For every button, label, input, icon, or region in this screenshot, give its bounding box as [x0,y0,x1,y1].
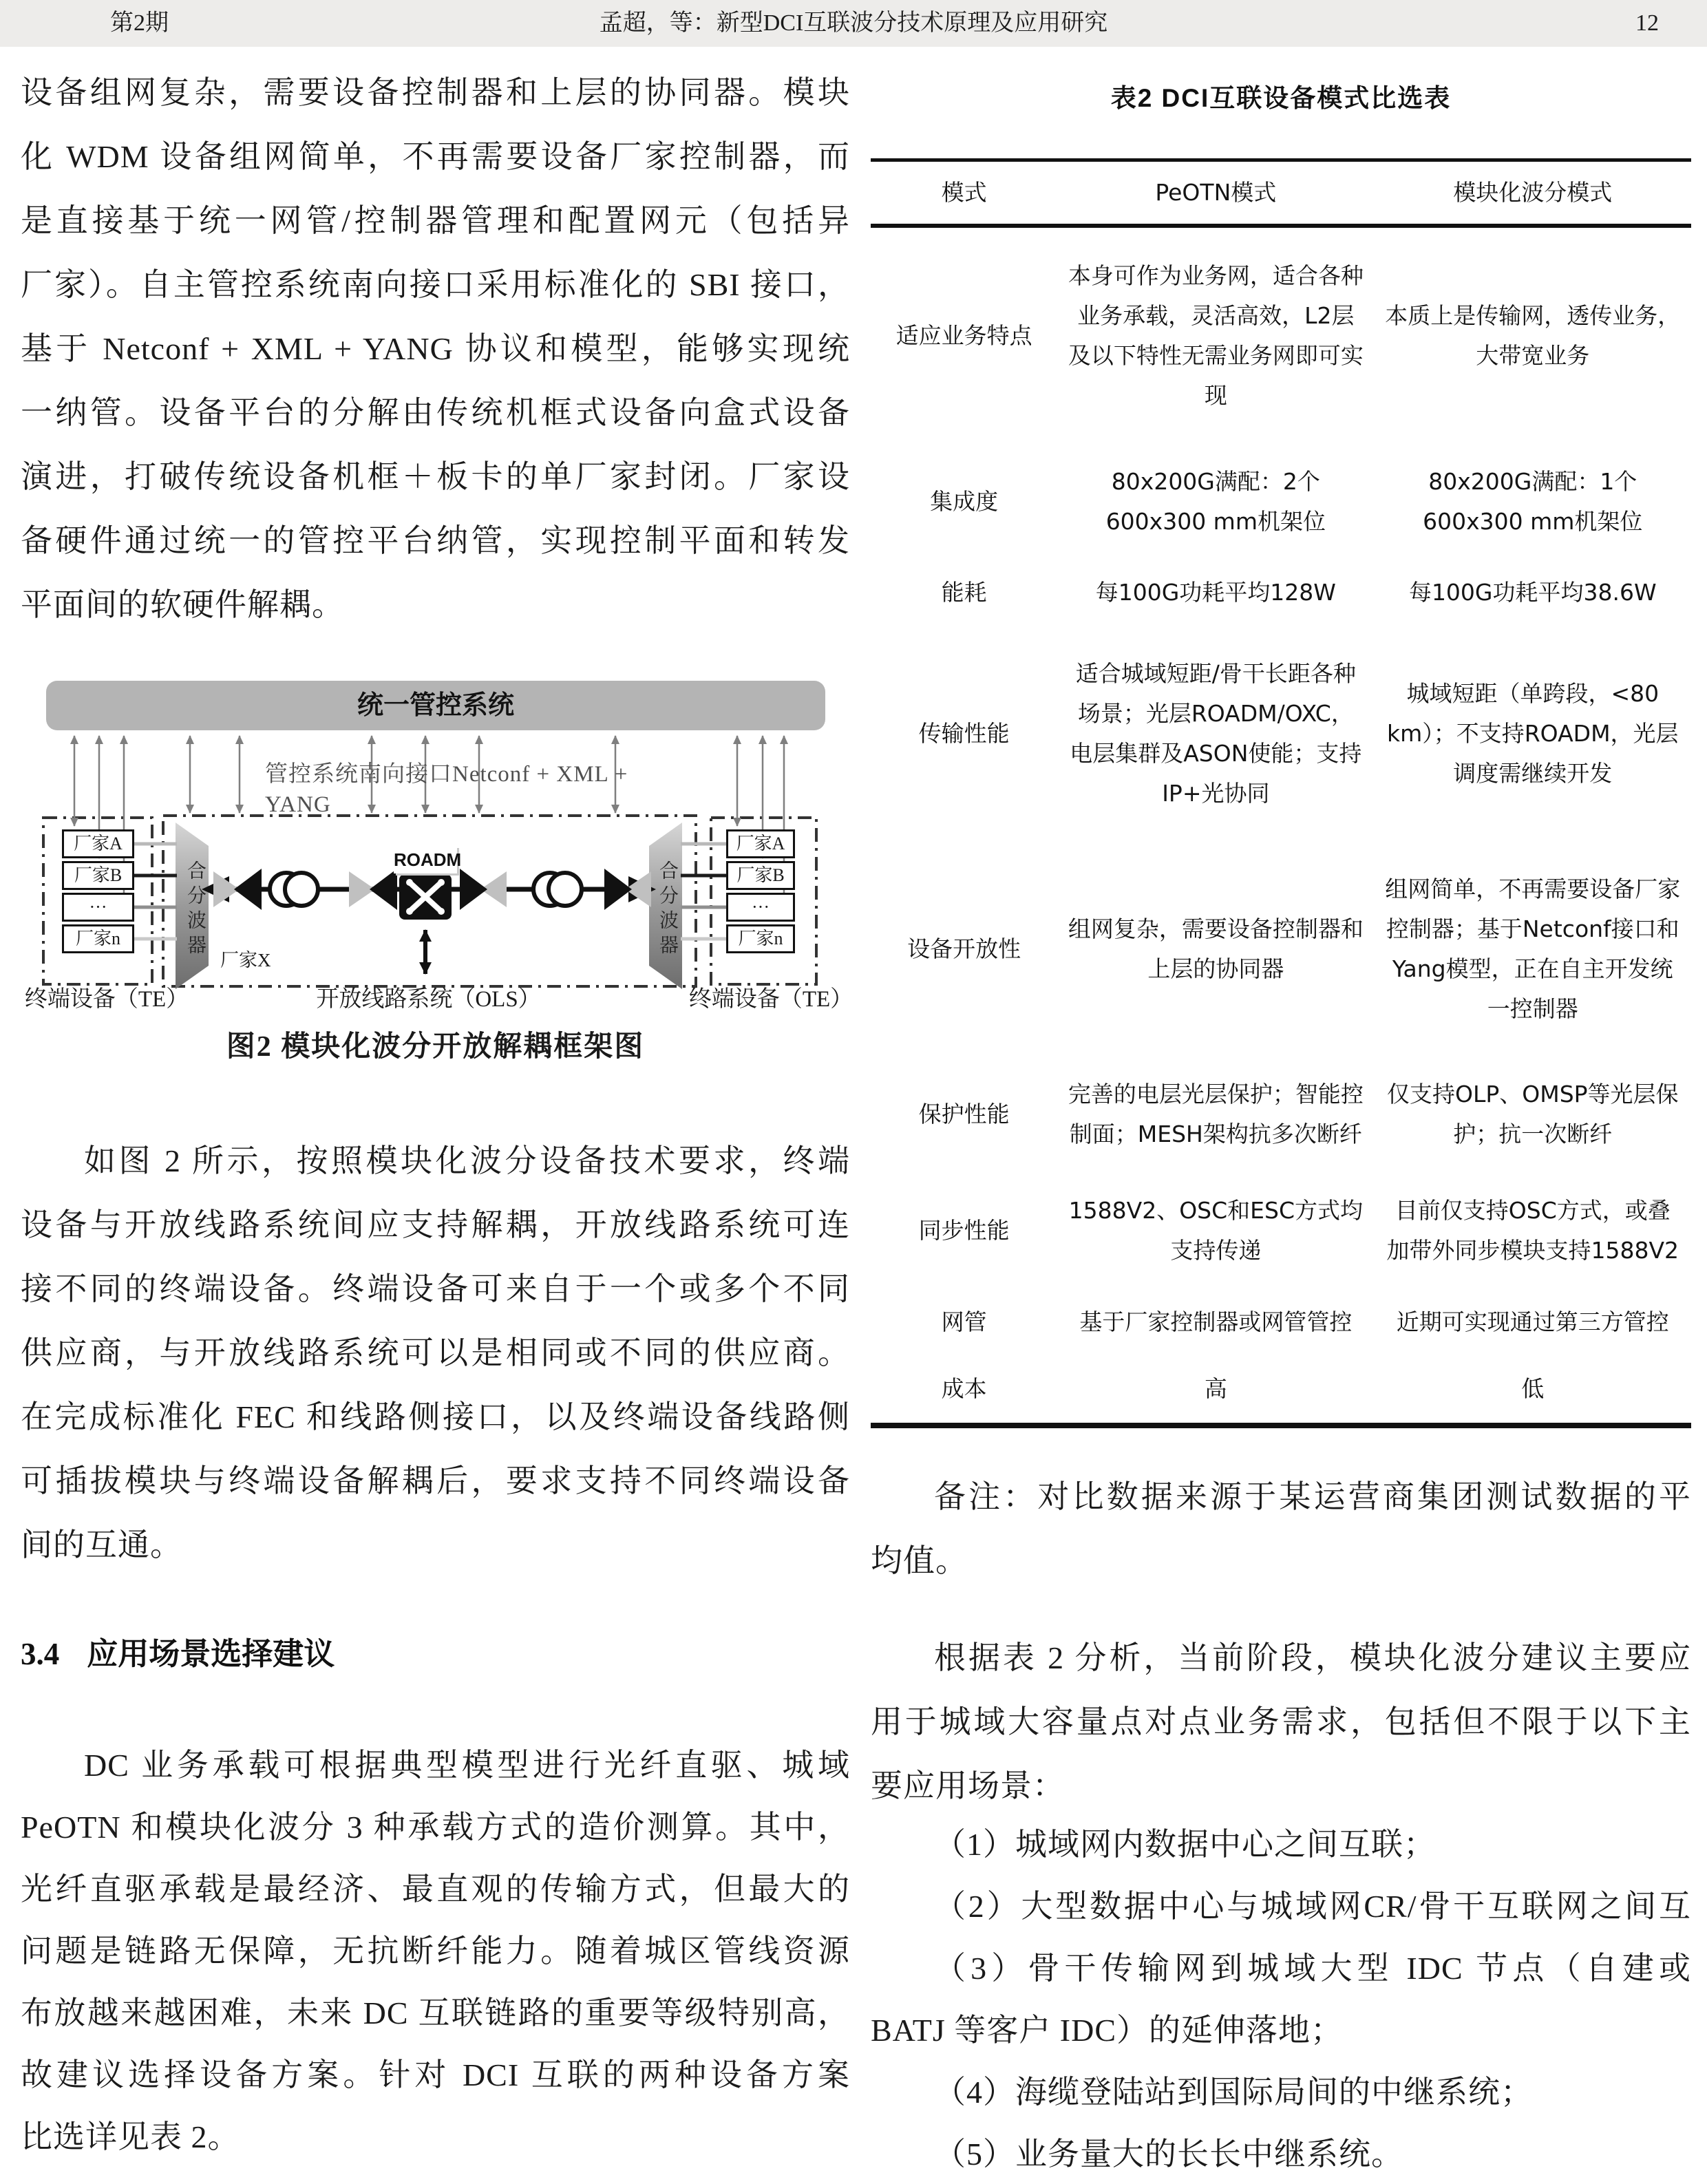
amp-icon [460,869,507,910]
text-line: 均值。 [871,1529,1691,1593]
text-line: 演进，打破传统设备机框＋板卡的单厂家封闭。厂家设 [21,445,850,509]
table-cell: 保护性能 [871,1057,1057,1173]
table-cell: 本身可作为业务网，适合各种业务承载，灵活高效，L2层及以下特性无需业务网即可实现 [1057,226,1374,443]
analysis-paragraph: 根据表 2 分析，当前阶段，模块化波分建议主要应 用于城域大容量点对点业务需求，… [871,1626,1691,1818]
fiber-coil-icon [270,873,318,906]
text-line: 化 WDM 设备组网简单，不再需要设备厂家控制器，而 [21,125,850,189]
table-cell: 高 [1057,1355,1374,1425]
column-header: 模式 [871,160,1057,226]
text-line: 设备与开放线路系统间应支持解耦，开放线路系统可连 [21,1193,850,1257]
running-title: 孟超，等：新型DCI互联波分技术原理及应用研究 [0,0,1707,47]
text-line: 故建议选择设备方案。针对 DCI 互联的两种设备方案 [21,2044,850,2106]
amp-icon [604,869,651,910]
table-cell: 每100G功耗平均128W [1057,560,1374,626]
amp-icon [349,869,397,910]
vendor-box-dots-right: ··· [726,893,795,922]
paragraph-3: DC 业务承载可根据典型模型进行光纤直驱、城域 PeOTN 和模块化波分 3 种… [21,1735,850,2168]
table-cell: 完善的电层光层保护；智能控制面；MESH架构抗多次断纤 [1057,1057,1374,1173]
figure-2-diagram: 统一管控系统 管控系统南向接口Netconf + XML + YANG 厂家A … [38,678,836,1017]
text-line: 平面间的软硬件解耦。 [21,573,850,637]
text-line: 在完成标准化 FEC 和线路侧接口，以及终端设备线路侧 [21,1385,850,1449]
sbi-interface-label: 管控系统南向接口Netconf + XML + YANG [265,759,678,789]
vendor-x-label: 厂家X [220,945,324,970]
text-line: 要应用场景： [871,1754,1691,1818]
list-item: （3）骨干传输网到城域大型 IDC 节点（自建或 [871,1938,1691,2000]
table-cell: 仅支持OLP、OMSP等光层保护；抗一次断纤 [1375,1057,1691,1173]
text-line: 根据表 2 分析，当前阶段，模块化波分建议主要应 [871,1626,1691,1690]
list-item: （4）海缆登陆站到国际局间的中继系统； [871,2061,1691,2123]
roadm-label: ROADM [394,846,457,873]
text-line: 接不同的终端设备。终端设备可来自于一个或多个不同 [21,1257,850,1321]
list-item: （1）城域网内数据中心之间互联； [871,1814,1691,1876]
mux-demux-label-left: 合分波器 [177,838,209,982]
list-item: （5）业务量大的长长中继系统。 [871,2123,1691,2184]
text-line: 设备组网复杂，需要设备控制器和上层的协同器。模块 [21,61,850,125]
text-line: 基于 Netconf + XML + YANG 协议和模型，能够实现统 [21,317,850,381]
vendor-box-a-right: 厂家A [726,829,795,858]
section-number: 3.4 [21,1637,59,1671]
table-cell: 传输性能 [871,626,1057,842]
table-cell: 每100G功耗平均38.6W [1375,560,1691,626]
table-cell: 1588V2、OSC和ESC方式均支持传递 [1057,1173,1374,1289]
table-cell: 同步性能 [871,1173,1057,1289]
vendor-box-n-left: 厂家n [62,924,134,953]
text-line: 厂家）。自主管控系统南向接口采用标准化的 SBI 接口， [21,253,850,317]
table-cell: 城域短距（单跨段，<80 km）；不支持ROADM，光层调度需继续开发 [1375,626,1691,842]
table-cell: 基于厂家控制器或网管管控 [1057,1289,1374,1355]
text-line: 如图 2 所示，按照模块化波分设备技术要求，终端 [21,1129,850,1193]
vendor-box-dots-left: ··· [62,893,134,922]
figure-2-caption: 图2 模块化波分开放解耦框架图 [21,1024,850,1065]
text-line: 用于城域大容量点对点业务需求，包括但不限于以下主 [871,1690,1691,1754]
table-cell: 成本 [871,1355,1057,1425]
text-line: DC 业务承载可根据典型模型进行光纤直驱、城域 [21,1735,850,1796]
fiber-coil-icon [533,873,582,906]
amp-icon [213,869,262,910]
table-row: 适应业务特点 本身可作为业务网，适合各种业务承载，灵活高效，L2层及以下特性无需… [871,226,1691,443]
table-note: 备注：对比数据来源于某运营商集团测试数据的平 均值。 [871,1465,1691,1593]
table-cell: 能耗 [871,560,1057,626]
table-cell: 适合城域短距/骨干长距各种场景；光层ROADM/OXC，电层集群及ASON使能；… [1057,626,1374,842]
list-item: （2）大型数据中心与城域网CR/骨干互联网之间互联； [871,1876,1691,1938]
text-line: 间的互通。 [21,1513,850,1577]
table-row: 设备开放性 组网复杂，需要设备控制器和上层的协同器 组网简单，不再需要设备厂家控… [871,841,1691,1057]
table-row: 网管 基于厂家控制器或网管管控 近期可实现通过第三方管控 [871,1289,1691,1355]
text-line: 一纳管。设备平台的分解由传统机框式设备向盒式设备 [21,381,850,445]
text-line: 备硬件通过统一的管控平台纳管，实现控制平面和转发 [21,509,850,573]
table-row: 集成度 80x200G满配：2个600x300 mm机架位 80x200G满配：… [871,443,1691,560]
table-row: 能耗 每100G功耗平均128W 每100G功耗平均38.6W [871,560,1691,626]
column-header: PeOTN模式 [1057,160,1374,226]
dci-mode-comparison-table: 模式 PeOTN模式 模块化波分模式 适应业务特点 本身可作为业务网，适合各种业… [871,158,1691,1428]
text-line: 可插拔模块与终端设备解耦后，要求支持不同终端设备 [21,1449,850,1513]
te-label-left: 终端设备（TE） [21,985,193,1014]
text-line: 光纤直驱承载是最经济、最直观的传输方式，但最大的 [21,1858,850,1920]
roadm-icon [399,874,452,920]
table-row: 传输性能 适合城域短距/骨干长距各种场景；光层ROADM/OXC，电层集群及AS… [871,626,1691,842]
table-cell: 网管 [871,1289,1057,1355]
ols-label: 开放线路系统（OLS） [310,985,547,1014]
table-header-row: 模式 PeOTN模式 模块化波分模式 [871,160,1691,226]
table-cell: 适应业务特点 [871,226,1057,443]
table-cell: 低 [1375,1355,1691,1425]
table-row: 同步性能 1588V2、OSC和ESC方式均支持传递 目前仅支持OSC方式，或叠… [871,1173,1691,1289]
table-cell: 80x200G满配：1个600x300 mm机架位 [1375,443,1691,560]
text-line: 是直接基于统一网管/控制器管理和配置网元（包括异 [21,189,850,253]
text-line: PeOTN 和模块化波分 3 种承载方式的造价测算。其中， [21,1796,850,1858]
page-number: 12 [1635,0,1659,47]
table-row: 成本 高 低 [871,1355,1691,1425]
table-cell: 本质上是传输网，透传业务，大带宽业务 [1375,226,1691,443]
vendor-box-b-right: 厂家B [726,861,795,890]
scenario-list: （1）城域网内数据中心之间互联； （2）大型数据中心与城域网CR/骨干互联网之间… [871,1814,1691,2184]
vendor-box-a-left: 厂家A [62,829,134,858]
text-line: 布放越来越困难，未来 DC 互联链路的重要等级特别高， [21,1982,850,2044]
page-header: 第2期 孟超，等：新型DCI互联波分技术原理及应用研究 12 [0,0,1707,47]
table-2-title: 表2 DCI互联设备模式比选表 [871,77,1691,114]
table-cell: 组网复杂，需要设备控制器和上层的协同器 [1057,841,1374,1057]
text-line: 比选详见表 2。 [21,2106,850,2168]
list-item-continuation: BATJ 等客户 IDC）的延伸落地； [871,2000,1691,2061]
table-cell: 80x200G满配：2个600x300 mm机架位 [1057,443,1374,560]
unified-control-system-bar: 统一管控系统 [46,681,825,730]
vendor-box-b-left: 厂家B [62,861,134,890]
text-line: 问题是链路无保障，无抗断纤能力。随着城区管线资源 [21,1920,850,1982]
text-line: 供应商，与开放线路系统可以是相同或不同的供应商。 [21,1321,850,1385]
te-label-right: 终端设备（TE） [688,985,853,1014]
section-title: 应用场景选择建议 [87,1636,335,1671]
table-row: 保护性能 完善的电层光层保护；智能控制面；MESH架构抗多次断纤 仅支持OLP、… [871,1057,1691,1173]
section-heading-3-4: 3.4应用场景选择建议 [21,1630,850,1678]
vendor-box-n-right: 厂家n [726,924,795,953]
mux-demux-label-right: 合分波器 [649,838,681,982]
column-header: 模块化波分模式 [1375,160,1691,226]
paragraph-1: 设备组网复杂，需要设备控制器和上层的协同器。模块 化 WDM 设备组网简单，不再… [21,61,850,637]
paragraph-2: 如图 2 所示，按照模块化波分设备技术要求，终端 设备与开放线路系统间应支持解耦… [21,1129,850,1577]
table-cell: 目前仅支持OSC方式，或叠加带外同步模块支持1588V2 [1375,1173,1691,1289]
table-cell: 设备开放性 [871,841,1057,1057]
table-cell: 集成度 [871,443,1057,560]
table-cell: 组网简单，不再需要设备厂家控制器；基于Netconf接口和Yang模型，正在自主… [1375,841,1691,1057]
table-cell: 近期可实现通过第三方管控 [1375,1289,1691,1355]
text-line: 备注：对比数据来源于某运营商集团测试数据的平 [871,1465,1691,1529]
